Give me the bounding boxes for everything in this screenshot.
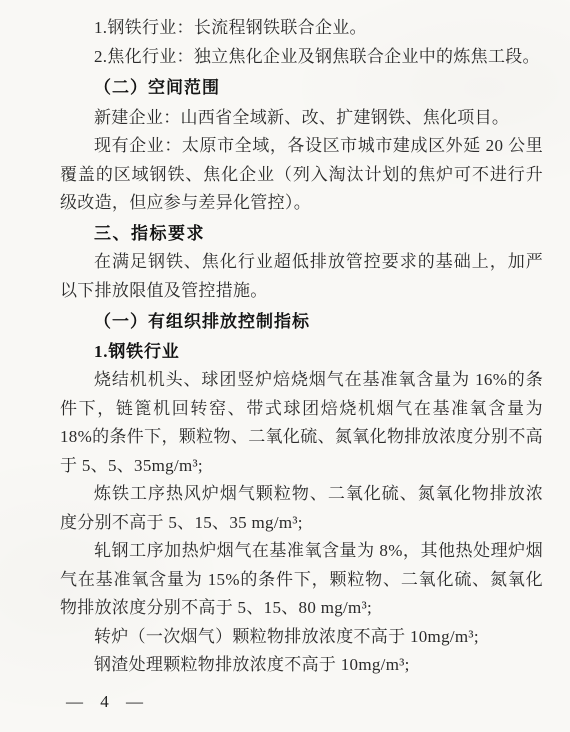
paragraph: 轧钢工序加热炉烟气在基准氧含量为 8%，其他热处理炉烟气在基准氧含量为 15%的… bbox=[60, 537, 543, 623]
section-heading: （一）有组织排放控制指标 bbox=[60, 308, 543, 337]
paragraph: 2.焦化行业：独立焦化企业及钢焦联合企业中的炼焦工段。 bbox=[60, 43, 543, 72]
paragraph: 烧结机机头、球团竖炉焙烧烟气在基准氧含量为 16%的条件下，链篦机回转窑、带式球… bbox=[60, 366, 543, 480]
paragraph: 钢渣处理颗粒物排放浓度不高于 10mg/m³; bbox=[60, 651, 543, 680]
scanned-document-page: 1.钢铁行业：长流程钢铁联合企业。2.焦化行业：独立焦化企业及钢焦联合企业中的炼… bbox=[0, 0, 570, 732]
section-heading: 三、指标要求 bbox=[60, 220, 543, 249]
section-heading: 1.钢铁行业 bbox=[60, 338, 543, 367]
document-body: 1.钢铁行业：长流程钢铁联合企业。2.焦化行业：独立焦化企业及钢焦联合企业中的炼… bbox=[60, 14, 543, 680]
paragraph: 现有企业：太原市全域，各设区市城市建成区外延 20 公里覆盖的区域钢铁、焦化企业… bbox=[60, 132, 543, 218]
paragraph: 1.钢铁行业：长流程钢铁联合企业。 bbox=[60, 14, 543, 43]
paragraph: 新建企业：山西省全域新、改、扩建钢铁、焦化项目。 bbox=[60, 104, 543, 133]
section-heading: （二）空间范围 bbox=[60, 74, 543, 103]
paragraph: 转炉（一次烟气）颗粒物排放浓度不高于 10mg/m³; bbox=[60, 623, 543, 652]
paragraph: 在满足钢铁、焦化行业超低排放管控要求的基础上，加严以下排放限值及管控措施。 bbox=[60, 248, 543, 305]
paragraph: 炼铁工序热风炉烟气颗粒物、二氧化硫、氮氧化物排放浓度分别不高于 5、15、35 … bbox=[60, 480, 543, 537]
page-number: — 4 — bbox=[66, 688, 145, 717]
